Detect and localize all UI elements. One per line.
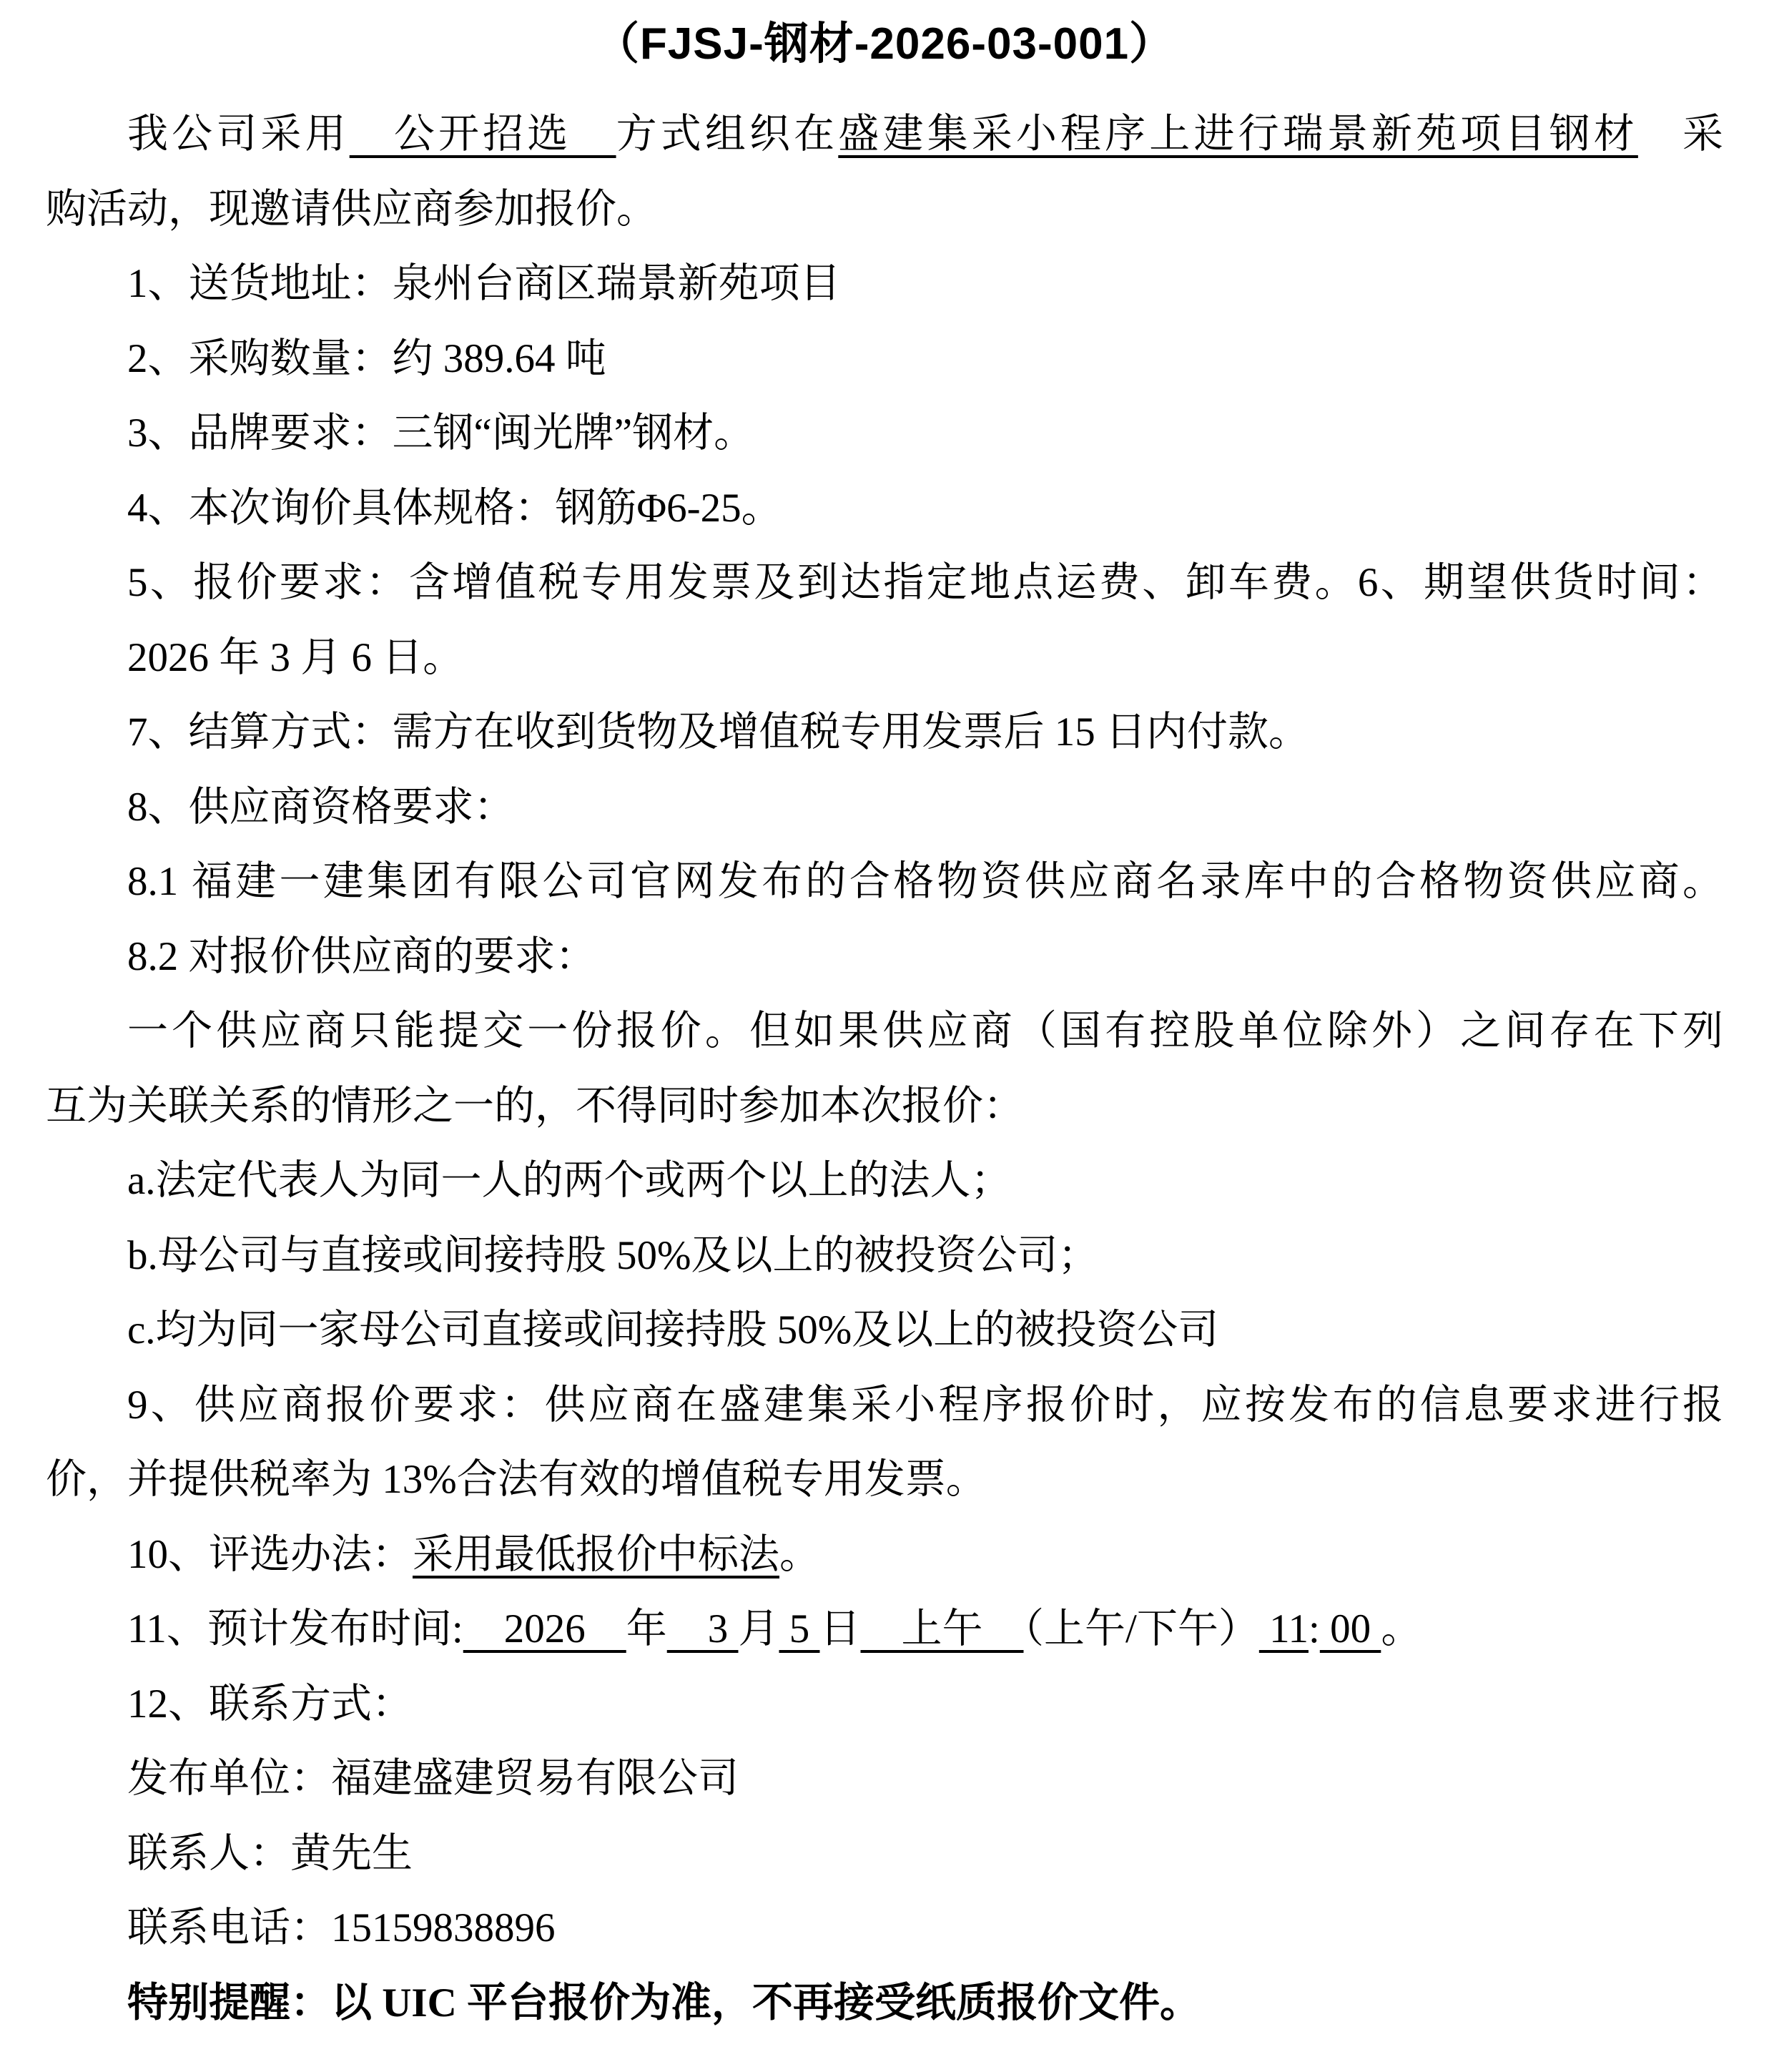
underlined-text: 3 <box>667 1606 739 1651</box>
text-segment: 联系电话：15159838896 <box>127 1905 556 1950</box>
underlined-text: 盛建集采小程序上进行瑞景新苑项目钢材 <box>838 112 1638 157</box>
text-segment: 。 <box>1381 1606 1421 1651</box>
underlined-text: 2026 <box>463 1606 626 1651</box>
text-segment: c.均为同一家母公司直接或间接持股 50%及以上的被投资公司 <box>127 1307 1218 1352</box>
text-segment: 8.2 对报价供应商的要求： <box>127 934 596 979</box>
text-segment: 年 <box>626 1606 667 1651</box>
item-7-settlement: 7、结算方式：需方在收到货物及增值税专用发票后 15 日内付款。 <box>46 695 1723 770</box>
rule-a: a.法定代表人为同一人的两个或两个以上的法人； <box>46 1144 1723 1219</box>
underlined-text: 采用最低报价中标法 <box>413 1532 779 1577</box>
text-segment: 7、结算方式：需方在收到货物及增值税专用发票后 15 日内付款。 <box>127 710 1309 755</box>
text-segment: a.法定代表人为同一人的两个或两个以上的法人； <box>127 1158 1012 1203</box>
text-segment: 11、预计发布时间: <box>127 1606 463 1651</box>
item-4-spec: 4、本次询价具体规格：钢筋Φ6-25。 <box>46 471 1723 546</box>
text-segment: 价，并提供税率为 13%合法有效的增值税专用发票。 <box>46 1457 987 1502</box>
item-8-qualification: 8、供应商资格要求： <box>46 770 1723 845</box>
intro-line-1: 我公司采用 公开招选 方式组织在盛建集采小程序上进行瑞景新苑项目钢材 采 <box>46 97 1723 172</box>
text-segment: 4、本次询价具体规格：钢筋Φ6-25。 <box>127 486 782 531</box>
text-segment: 发布单位：福建盛建贸易有限公司 <box>127 1756 739 1801</box>
text-segment: 采 <box>1638 112 1723 157</box>
text-segment: 1、送货地址：泉州台商区瑞景新苑项目 <box>127 261 841 306</box>
text-segment: 2026 年 3 月 6 日。 <box>127 635 463 680</box>
intro-line-2: 购活动，现邀请供应商参加报价。 <box>46 172 1723 247</box>
text-segment: 2、采购数量：约 389.64 吨 <box>127 336 606 381</box>
underlined-text: 11 <box>1259 1606 1309 1651</box>
text-segment: 日 <box>819 1606 860 1651</box>
rule-b: b.母公司与直接或间接持股 50%及以上的被投资公司； <box>46 1219 1723 1294</box>
rule-c: c.均为同一家母公司直接或间接持股 50%及以上的被投资公司 <box>46 1293 1723 1368</box>
text-segment: 8.1 福建一建集团有限公司官网发布的合格物资供应商名录库中的合格物资供应商。 <box>127 859 1723 904</box>
page-title: （FJSJ-钢材-2026-03-001） <box>46 4 1723 84</box>
item-6-delivery-date: 2026 年 3 月 6 日。 <box>46 621 1723 696</box>
item-12-contact: 12、联系方式： <box>46 1667 1723 1742</box>
text-segment: 我公司采用 <box>127 112 350 157</box>
item-9-line-2: 价，并提供税率为 13%合法有效的增值税专用发票。 <box>46 1443 1723 1518</box>
text-segment: 8、供应商资格要求： <box>127 785 515 830</box>
special-reminder-line: 特别提醒：以 UIC 平台报价为准，不再接受纸质报价文件。 <box>46 1966 1723 2041</box>
item-8-2: 8.2 对报价供应商的要求： <box>46 920 1723 995</box>
text-segment: 互为关联关系的情形之一的，不得同时参加本次报价： <box>46 1084 1024 1129</box>
text-segment: 购活动，现邀请供应商参加报价。 <box>46 187 657 232</box>
underlined-text: 上午 <box>860 1606 1023 1651</box>
contact-person-line: 联系人：黄先生 <box>46 1817 1723 1892</box>
text-segment: b.母公司与直接或间接持股 50%及以上的被投资公司； <box>127 1233 1098 1278</box>
text-segment: 9、供应商报价要求：供应商在盛建集采小程序报价时，应按发布的信息要求进行报 <box>127 1383 1723 1428</box>
underlined-text: 00 <box>1320 1606 1381 1651</box>
text-segment: 3、品牌要求：三钢“闽光牌”钢材。 <box>127 411 754 456</box>
document-body: 我公司采用 公开招选 方式组织在盛建集采小程序上进行瑞景新苑项目钢材 采购活动，… <box>46 97 1723 2041</box>
text-segment: 方式组织在 <box>616 112 839 157</box>
text-segment: 一个供应商只能提交一份报价。但如果供应商（国有控股单位除外）之间存在下列 <box>127 1008 1723 1054</box>
text-segment: 5、报价要求：含增值税专用发票及到达指定地点运费、卸车费。6、期望供货时间： <box>127 560 1723 605</box>
contact-phone-line: 联系电话：15159838896 <box>46 1891 1723 1966</box>
text-segment: 。 <box>779 1532 820 1577</box>
text-segment: 12、联系方式： <box>127 1681 413 1727</box>
rule-paragraph-line-1: 一个供应商只能提交一份报价。但如果供应商（国有控股单位除外）之间存在下列 <box>46 994 1723 1069</box>
item-1-delivery-address: 1、送货地址：泉州台商区瑞景新苑项目 <box>46 247 1723 322</box>
item-3-brand: 3、品牌要求：三钢“闽光牌”钢材。 <box>46 396 1723 471</box>
text-segment: 联系人：黄先生 <box>127 1831 413 1876</box>
item-8-1: 8.1 福建一建集团有限公司官网发布的合格物资供应商名录库中的合格物资供应商。 <box>46 845 1723 920</box>
rule-paragraph-line-2: 互为关联关系的情形之一的，不得同时参加本次报价： <box>46 1069 1723 1144</box>
text-segment: （上午/下午） <box>1023 1606 1258 1651</box>
item-2-quantity: 2、采购数量：约 389.64 吨 <box>46 322 1723 397</box>
text-segment: : <box>1309 1606 1320 1651</box>
text-segment: 月 <box>738 1606 779 1651</box>
text-segment: 特别提醒：以 UIC 平台报价为准，不再接受纸质报价文件。 <box>127 1980 1201 2026</box>
item-11-release-time: 11、预计发布时间: 2026 年 3 月 5 日 上午 （上午/下午） 11:… <box>46 1592 1723 1667</box>
underlined-text: 公开招选 <box>350 112 616 157</box>
item-10-evaluation: 10、评选办法：采用最低报价中标法。 <box>46 1518 1723 1593</box>
item-5-6-quote-requirement: 5、报价要求：含增值税专用发票及到达指定地点运费、卸车费。6、期望供货时间： <box>46 546 1723 621</box>
document-page: （FJSJ-钢材-2026-03-001） 我公司采用 公开招选 方式组织在盛建… <box>0 0 1769 2072</box>
underlined-text: 5 <box>779 1606 819 1651</box>
text-segment: 10、评选办法： <box>127 1532 413 1577</box>
item-9-line-1: 9、供应商报价要求：供应商在盛建集采小程序报价时，应按发布的信息要求进行报 <box>46 1368 1723 1443</box>
publisher-line: 发布单位：福建盛建贸易有限公司 <box>46 1742 1723 1817</box>
